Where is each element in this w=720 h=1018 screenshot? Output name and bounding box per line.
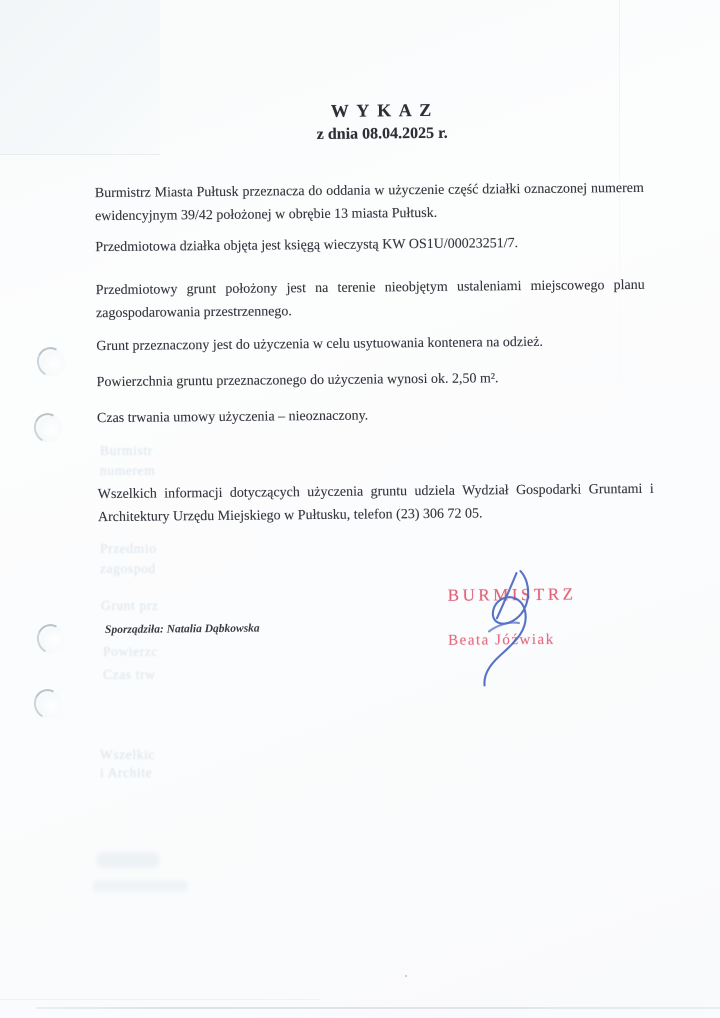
paragraph-purpose: Grunt przeznaczony jest do użyczenia w c… xyxy=(96,330,645,358)
prepared-by-line: Sporządziła: Natalia Dąbkowska xyxy=(105,623,260,636)
paragraph-area: Powierzchnia gruntu przeznaczonego do uż… xyxy=(97,366,646,394)
scan-speck xyxy=(405,975,407,977)
paragraph-duration: Czas trwania umowy użyczenia – nieoznacz… xyxy=(97,402,646,430)
handwritten-signature xyxy=(436,561,577,697)
scan-bottom-edge xyxy=(36,1007,720,1009)
document-title: W Y K A Z xyxy=(67,97,697,124)
document-date: z dnia 08.04.2025 r. xyxy=(67,122,697,146)
paragraph-zoning-plan: Przedmiotowy grunt położony jest na tere… xyxy=(96,274,645,325)
scanned-document-page: Burmistr numerem Przedmio zagospod Grunt… xyxy=(0,0,720,1018)
scan-bottom-edge-faint xyxy=(0,999,320,1000)
paragraph-land-designation: Burmistrz Miasta Pułtusk przeznacza do o… xyxy=(95,177,644,228)
paragraph-land-register: Przedmiotowa działka objęta jest księgą … xyxy=(95,231,644,259)
paragraph-contact-info: Wszelkich informacji dotyczących użyczen… xyxy=(98,478,654,529)
document-content: W Y K A Z z dnia 08.04.2025 r. Burmistrz… xyxy=(0,0,720,1018)
